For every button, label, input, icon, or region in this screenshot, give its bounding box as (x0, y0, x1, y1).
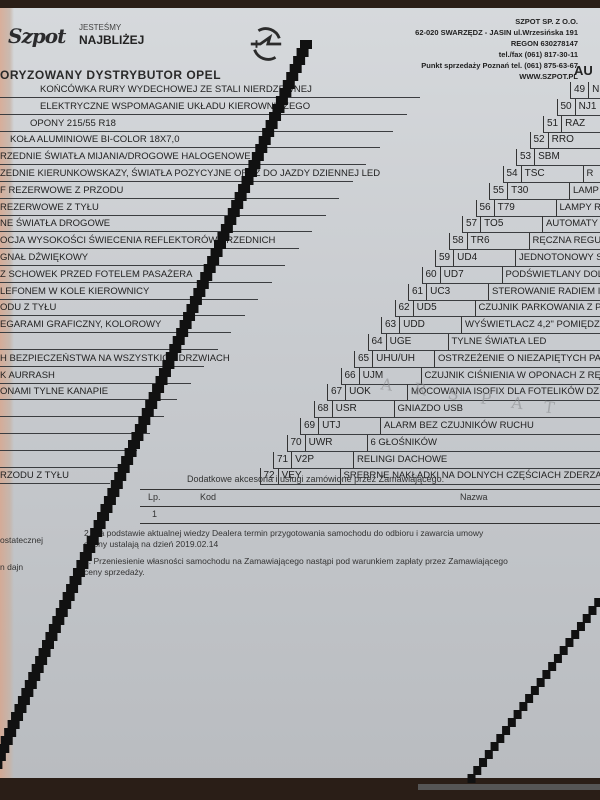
row-number: 61 (408, 284, 423, 300)
company-regon: REGON 630278147 (415, 38, 578, 49)
option-code: UD5 (413, 300, 455, 316)
row-number: 70 (287, 435, 302, 451)
extras-heading: Dodatkowe akcesoria i usługi zamówione p… (187, 474, 444, 484)
row-number: 57 (462, 216, 477, 232)
list-item: F REZERWOWE Z PRZODU (0, 183, 339, 199)
notes: 2. Na podstawie aktualnej wiedzy Dealera… (84, 528, 508, 584)
row-number: 67 (327, 384, 342, 400)
option-code: UGE (386, 334, 428, 350)
row-number: 56 (476, 200, 491, 216)
company-address: 62-020 SWARZĘDZ - JASIN ul.Wrzesińska 19… (415, 27, 578, 38)
list-item: KOŃCÓWKA RURY WYDECHOWEJ ZE STALI NIERDZ… (0, 82, 420, 98)
slogan-big: NAJBLIŻEJ (79, 33, 144, 47)
list-item: OCJA WYSOKOŚCI ŚWIECENIA REFLEKTORÓW PRZ… (0, 233, 299, 249)
row-number: 55 (489, 183, 504, 199)
option-description: ALARM BEZ CZUJNIKÓW RUCHU (380, 418, 534, 434)
option-description: R (583, 166, 594, 182)
row-number: 60 (422, 267, 437, 283)
side-note-1: ostatecznej (0, 535, 43, 545)
table-row: 49NB (570, 82, 600, 99)
table-row: 53SBM (516, 149, 600, 166)
row-number: 58 (449, 233, 464, 249)
company-phone: tel./fax (061) 817-30-11 (415, 49, 578, 60)
list-item (0, 452, 123, 468)
col-kod: Kod (200, 492, 216, 502)
company-sales-point: Punkt sprzedaży Poznań tel. (061) 875-63… (415, 60, 578, 71)
option-description: TYLNE ŚWIATŁA LED (448, 334, 547, 350)
list-item: H BEZPIECZEŃSTWA NA WSZYSTKICH DRZWIACH (0, 351, 204, 367)
list-item: KOŁA ALUMINIOWE BI-COLOR 18X7,0 (0, 132, 380, 148)
table-row: 52RRO (530, 132, 600, 149)
option-description: OSTRZEŻENIE O NIEZAPIĘTYCH PASAŻ MIEJSCA… (434, 351, 600, 367)
row-number: 51 (543, 116, 558, 132)
document-title: ORYZOWANY DYSTRYBUTOR OPEL (0, 68, 221, 82)
option-code: RAZ (561, 116, 600, 132)
option-code: TSC (521, 166, 563, 182)
row-number: 62 (395, 300, 410, 316)
table-row: 70UWR (287, 435, 600, 452)
list-item: RZODU Z TYŁU (0, 468, 110, 484)
list-item: OPONY 215/55 R18 (0, 116, 393, 132)
col-lp: Lp. (148, 492, 161, 502)
list-item (0, 435, 137, 451)
extras-row: 1 (140, 507, 600, 524)
company-info: SZPOT SP. Z O.O. 62-020 SWARZĘDZ - JASIN… (415, 16, 578, 82)
option-description: GNIAZDO USB (394, 401, 463, 417)
option-description: RĘCZNA REGU (529, 233, 600, 249)
option-code: UD7 (440, 267, 482, 283)
row-number: 52 (530, 132, 545, 148)
list-item: ODU Z TYŁU (0, 300, 245, 316)
option-description: AUTOMATY (542, 216, 598, 232)
option-description: JEDNOTONOWY S (515, 250, 600, 266)
list-item: LEFONEM W KOLE KIEROWNICY (0, 284, 258, 300)
option-description: 6 GŁOŚNIKÓW (367, 435, 438, 451)
opel-logo-icon (247, 25, 285, 63)
option-description: WYŚWIETLACZ 4,2" POMIĘDZY Z (461, 317, 600, 333)
extras-lp: 1 (152, 509, 157, 519)
col-nazwa: Nazwa (460, 492, 488, 502)
list-item (0, 401, 164, 417)
list-item: ELEKTRYCZNE WSPOMAGANIE UKŁADU KIEROWNIC… (0, 99, 407, 115)
row-number: 65 (354, 351, 369, 367)
option-code: T79 (494, 200, 536, 216)
list-item: REZERWOWE Z TYŁU (0, 200, 326, 216)
option-code: SBM (534, 149, 576, 165)
option-description: LAMPY R (556, 200, 600, 216)
row-number: 66 (341, 368, 356, 384)
company-name: SZPOT SP. Z O.O. (415, 16, 578, 27)
option-code: UD4 (453, 250, 495, 266)
side-note-2: n dajn (0, 562, 23, 572)
list-item: RZEDNIE ŚWIATŁA MIJANIA/DROGOWE HALOGENO… (0, 149, 366, 165)
option-code: UWR (305, 435, 347, 451)
note-3: 3. Przeniesienie własności samochodu na … (84, 556, 508, 578)
list-item: GNAŁ DŹWIĘKOWY (0, 250, 285, 266)
note-2: 2. Na podstawie aktualnej wiedzy Dealera… (84, 528, 508, 550)
option-code: NB (588, 82, 600, 98)
list-item: K AURRASH (0, 368, 191, 384)
option-code: RRO (548, 132, 590, 148)
option-code: TR6 (467, 233, 509, 249)
list-item (0, 418, 150, 434)
row-number: 71 (273, 452, 288, 468)
option-code: V2P (291, 452, 333, 468)
extras-table: Lp. Kod Nazwa 1 (140, 489, 600, 524)
option-code: T30 (507, 183, 549, 199)
extras-header-row: Lp. Kod Nazwa (140, 490, 600, 507)
document-page: Szpot JESTEŚMY NAJBLIŻEJ SZPOT SP. Z O.O… (0, 8, 600, 778)
row-number: 53 (516, 149, 531, 165)
row-number: 54 (503, 166, 518, 182)
option-description: LAMP (569, 183, 599, 199)
slogan-small: JESTEŚMY (79, 23, 121, 32)
option-code: UDD (399, 317, 441, 333)
option-description: PODŚWIETLANY DOL (502, 267, 600, 283)
row-number: 50 (557, 99, 572, 115)
option-description: CZUJNIK CIŚNIENIA W OPONACH Z RĘCZNĄ (421, 368, 600, 384)
option-description: STEROWANIE RADIEM I T (488, 284, 600, 300)
option-code: UTJ (318, 418, 360, 434)
list-item (0, 334, 218, 350)
row-number: 64 (368, 334, 383, 350)
option-description: CZUJNIK PARKOWANIA Z PR (475, 300, 600, 316)
list-item: NE ŚWIATŁA DROGOWE (0, 216, 312, 232)
list-item: ONAMI TYLNE KANAPIE (0, 384, 177, 400)
list-item: ZEDNIE KIERUNKOWSKAZY, ŚWIATŁA POZYCYJNE… (0, 166, 353, 182)
row-number: 69 (300, 418, 315, 434)
table-row: 50NJ1 (557, 99, 600, 116)
row-number: 63 (381, 317, 396, 333)
right-title: AU (574, 63, 593, 78)
option-code: UC3 (426, 284, 468, 300)
option-code: UHU/UH (372, 351, 415, 367)
option-code: NJ1 (575, 99, 600, 115)
table-row: 51RAZ (543, 116, 600, 133)
option-code: TO5 (480, 216, 522, 232)
list-item: EGARAMI GRAFICZNY, KOLOROWY (0, 317, 231, 333)
row-number: 59 (435, 250, 450, 266)
list-item: Z SCHOWEK PRZED FOTELEM PASAŻERA (0, 267, 272, 283)
row-number: 68 (314, 401, 329, 417)
row-number: 49 (570, 82, 585, 98)
option-code: USR (332, 401, 374, 417)
brand-logo: Szpot (8, 24, 65, 48)
option-description: RELINGI DACHOWE (353, 452, 447, 468)
company-website: WWW.SZPOT.PL (415, 71, 578, 82)
